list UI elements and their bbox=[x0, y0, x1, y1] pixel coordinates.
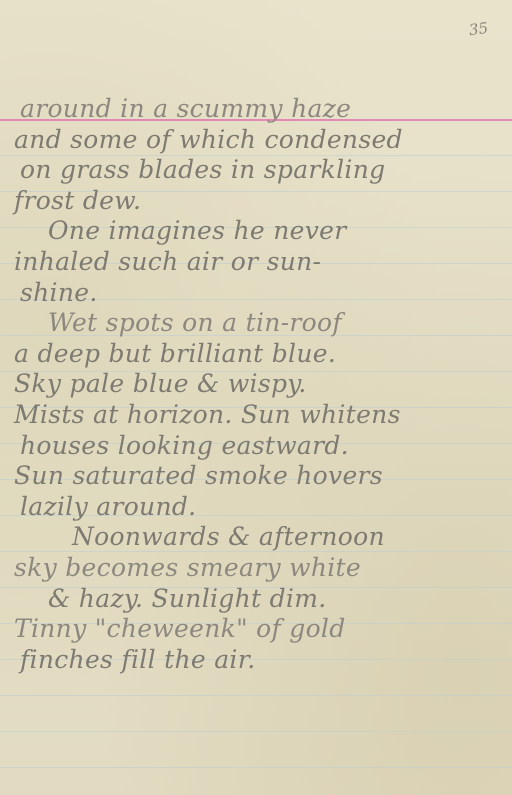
handwritten-text: around in a scummy haze and some of whic… bbox=[14, 94, 506, 675]
text-line: sky becomes smeary white bbox=[14, 553, 506, 584]
text-line: finches fill the air. bbox=[14, 645, 506, 676]
notebook-page: 35 around in a scummy haze and some of w… bbox=[0, 0, 512, 795]
text-line: One imagines he never bbox=[14, 216, 506, 247]
text-line: inhaled such air or sun- bbox=[14, 247, 506, 278]
page-number: 35 bbox=[468, 19, 489, 39]
ruled-line bbox=[0, 695, 512, 696]
text-line: on grass blades in sparkling bbox=[14, 155, 506, 186]
text-line: a deep but brilliant blue. bbox=[14, 339, 506, 370]
text-line: around in a scummy haze bbox=[14, 94, 506, 125]
text-line: Noonwards & afternoon bbox=[14, 522, 506, 553]
text-line: Wet spots on a tin-roof bbox=[14, 308, 506, 339]
text-line: Sky pale blue & wispy. bbox=[14, 369, 506, 400]
ruled-line bbox=[0, 731, 512, 732]
text-line: frost dew. bbox=[14, 186, 506, 217]
text-line: Mists at horizon. Sun whitens bbox=[14, 400, 506, 431]
text-line: Tinny "cheweenk" of gold bbox=[14, 614, 506, 645]
text-line: & hazy. Sunlight dim. bbox=[14, 584, 506, 615]
text-line: and some of which condensed bbox=[14, 125, 506, 156]
text-line: shine. bbox=[14, 278, 506, 309]
text-line: lazily around. bbox=[14, 492, 506, 523]
text-line: Sun saturated smoke hovers bbox=[14, 461, 506, 492]
text-line: houses looking eastward. bbox=[14, 431, 506, 462]
ruled-line bbox=[0, 767, 512, 768]
